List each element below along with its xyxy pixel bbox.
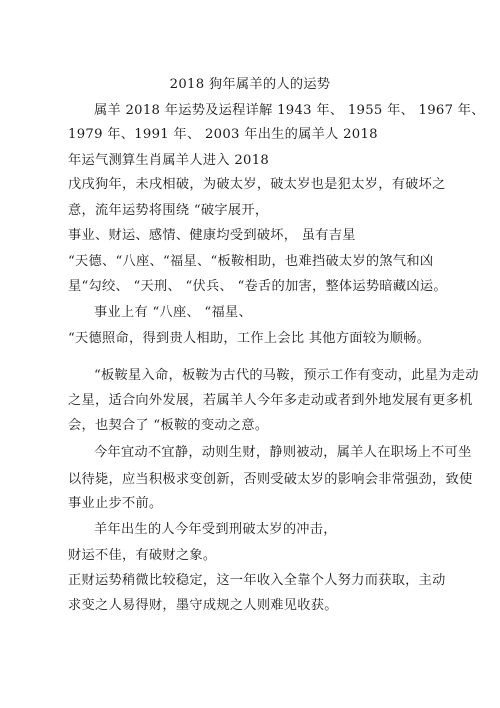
paragraph-line-17: 羊年出生的人今年受到刑破太岁的冲击， <box>94 522 337 538</box>
paragraph-line-20: 求变之人易得财，墨守成规之人则难见收获。 <box>68 598 338 614</box>
paragraph-line-11: “板鞍星入命，板鞍为古代的马鞍，预示工作有变动，此星为走动 <box>94 368 479 384</box>
paragraph-line-8: 星“勾绞、 “天刑、 “伏兵、 “卷舌的加害，整体运势暗藏凶运。 <box>68 279 447 295</box>
paragraph-line-6: 事业、财运、感情、健康均受到破坏， 虽有吉星 <box>68 228 356 244</box>
paragraph-line-9: 事业上有 “八座、 “福星、 <box>94 305 252 321</box>
paragraph-line-7: “天德、“八座、“福星、“板鞍相助，也难挡破太岁的煞气和凶 <box>68 254 433 270</box>
paragraph-line-10: “天德照命，得到贵人相助，工作上会比 其他方面较为顺畅。 <box>68 331 430 347</box>
paragraph-line-18: 财运不佳，有破财之象。 <box>68 548 216 564</box>
paragraph-line-2: 1979 年、1991 年、 2003 年出生的属羊人 2018 <box>68 127 378 143</box>
document-page: 2018 狗年属羊的人的运势 属羊 2018 年运势及运程详解 1943 年、 … <box>0 0 500 708</box>
paragraph-line-13: 会，也契合了 “板鞍的变动之意。 <box>68 418 268 434</box>
paragraph-line-4: 戊戌狗年，未戌相破，为破太岁，破太岁也是犯太岁，有破坏之 <box>68 177 446 193</box>
paragraph-line-5: 意，流年运势将围绕 “破字展开， <box>68 203 268 219</box>
paragraph-line-16: 事业止步不前。 <box>68 496 162 512</box>
paragraph-line-1: 属羊 2018 年运势及运程详解 1943 年、 1955 年、 1967 年、 <box>94 103 485 119</box>
paragraph-line-15: 以待毙，应当积极求变创新，否则受破太岁的影响会非常强劲，致使 <box>68 472 473 488</box>
paragraph-line-12: 之星，适合向外发展，若属羊人今年多走动或者到外地发展有更多机 <box>68 393 473 409</box>
paragraph-line-19: 正财运势稍微比较稳定，这一年收入全靠个人努力而获取，主动 <box>68 573 446 589</box>
document-title: 2018 狗年属羊的人的运势 <box>0 77 500 93</box>
paragraph-line-3: 年运气测算生肖属羊人进入 2018 <box>68 153 269 169</box>
paragraph-line-14: 今年宜动不宜静，动则生财，静则被动，属羊人在职场上不可坐 <box>94 445 472 461</box>
